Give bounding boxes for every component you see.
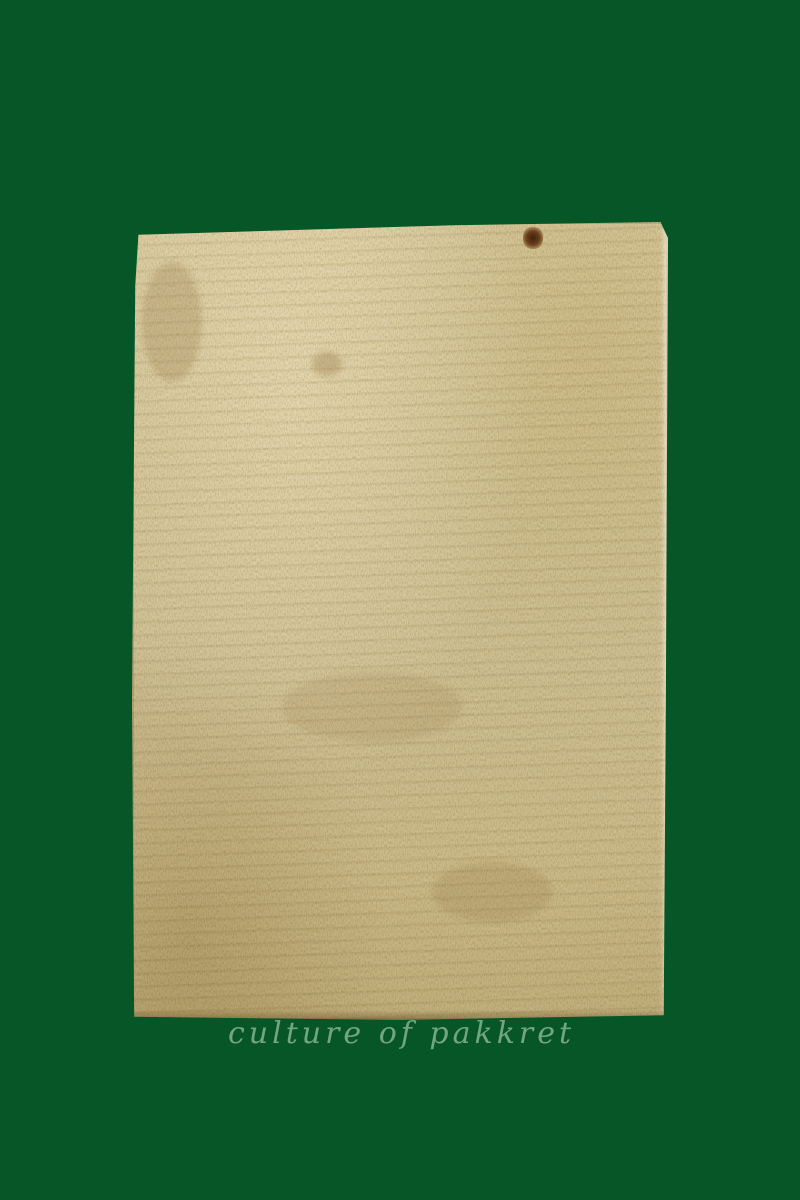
tablet-hole (523, 227, 543, 249)
amulet-tablet (132, 222, 668, 1020)
stain-mark (432, 862, 552, 922)
stain-mark (142, 262, 202, 382)
stain-mark (312, 352, 342, 376)
tablet-edge-right (662, 222, 668, 1020)
tablet-streaks (132, 222, 668, 1020)
photo-background: culture of pakkret (0, 0, 800, 1200)
stain-mark (282, 672, 462, 742)
watermark-text: culture of pakkret (228, 1016, 618, 1051)
